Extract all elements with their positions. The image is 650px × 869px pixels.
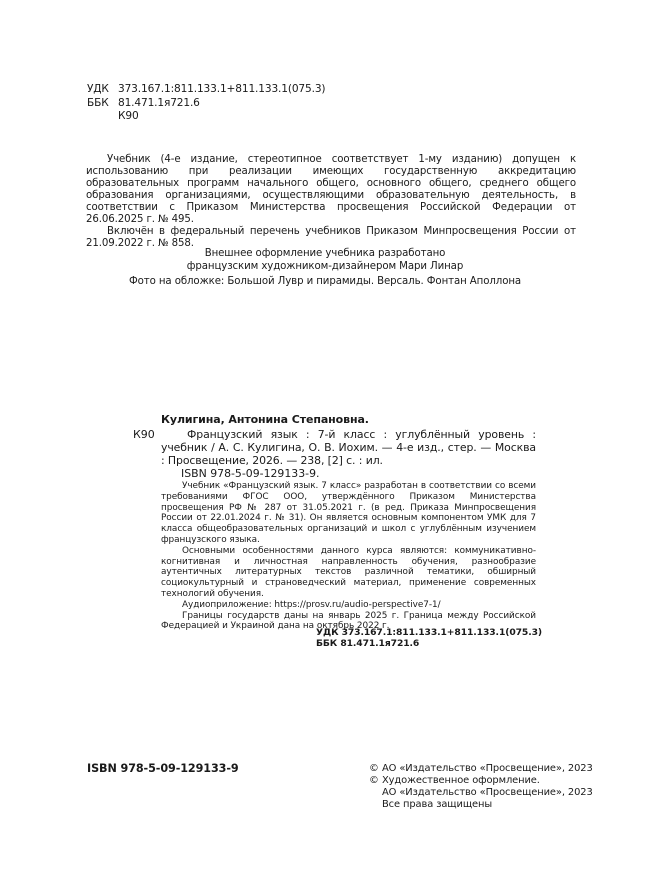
audio-supplement-link: Аудиоприложение: https://prosv.ru/audio-… [161, 600, 536, 611]
author-mark-row: К90 [87, 110, 325, 124]
copyright-line: АО «Издательство «Просвещение», 2023 [382, 763, 593, 775]
approval-paragraph: Учебник (4-е издание, стереотипное соотв… [86, 154, 576, 226]
card-bbk: ББК 81.471.1я721.6 [316, 638, 542, 649]
cover-photo-credit: Фото на обложке: Большой Лувр и пирамиды… [0, 276, 650, 289]
card-udk: УДК 373.167.1:811.133.1+811.133.1(075.3) [316, 627, 542, 638]
card-author: Кулигина, Антонина Степановна. [161, 413, 369, 427]
card-code: К90 [133, 428, 155, 441]
approval-notice: Учебник (4-е издание, стереотипное соотв… [86, 154, 576, 250]
udk-value: 373.167.1:811.133.1+811.133.1(075.3) [118, 83, 325, 97]
card-description: Французский язык : 7-й класс : углублённ… [161, 428, 536, 467]
card-isbn: ISBN 978-5-09-129133-9. [181, 467, 319, 480]
federal-list-paragraph: Включён в федеральный перечень учебников… [86, 226, 576, 250]
copyright-block: © АО «Издательство «Просвещение», 2023 ©… [369, 763, 593, 811]
udk-row: УДК 373.167.1:811.133.1+811.133.1(075.3) [87, 83, 325, 97]
annotation-paragraph: Учебник «Французский язык. 7 класс» разр… [161, 481, 536, 546]
copyright-icon: © [369, 763, 382, 775]
bbk-value: 81.471.1я721.6 [118, 97, 200, 111]
card-annotation: Учебник «Французский язык. 7 класс» разр… [161, 481, 536, 632]
card-classification: УДК 373.167.1:811.133.1+811.133.1(075.3)… [316, 627, 542, 649]
udk-label: УДК [87, 83, 118, 97]
bbk-label: ББК [87, 97, 118, 111]
footer-isbn: ISBN 978-5-09-129133-9 [87, 762, 239, 776]
author-mark: К90 [118, 110, 139, 124]
bbk-row: ББК 81.471.1я721.6 [87, 97, 325, 111]
design-credit: Внешнее оформление учебника разработано … [0, 248, 650, 273]
copyright-line: АО «Издательство «Просвещение», 2023 [382, 787, 593, 799]
copyright-icon: © [369, 775, 382, 787]
design-credit-line-2: французским художником-дизайнером Мари Л… [0, 261, 650, 274]
classification-header: УДК 373.167.1:811.133.1+811.133.1(075.3)… [87, 83, 325, 124]
copyright-line: Художественное оформление. [382, 775, 540, 787]
card-description-text: Французский язык : 7-й класс : углублённ… [161, 428, 536, 467]
rights-reserved: Все права защищены [382, 799, 492, 811]
design-credit-line-1: Внешнее оформление учебника разработано [0, 248, 650, 261]
annotation-paragraph: Основными особенностями данного курса яв… [161, 546, 536, 600]
